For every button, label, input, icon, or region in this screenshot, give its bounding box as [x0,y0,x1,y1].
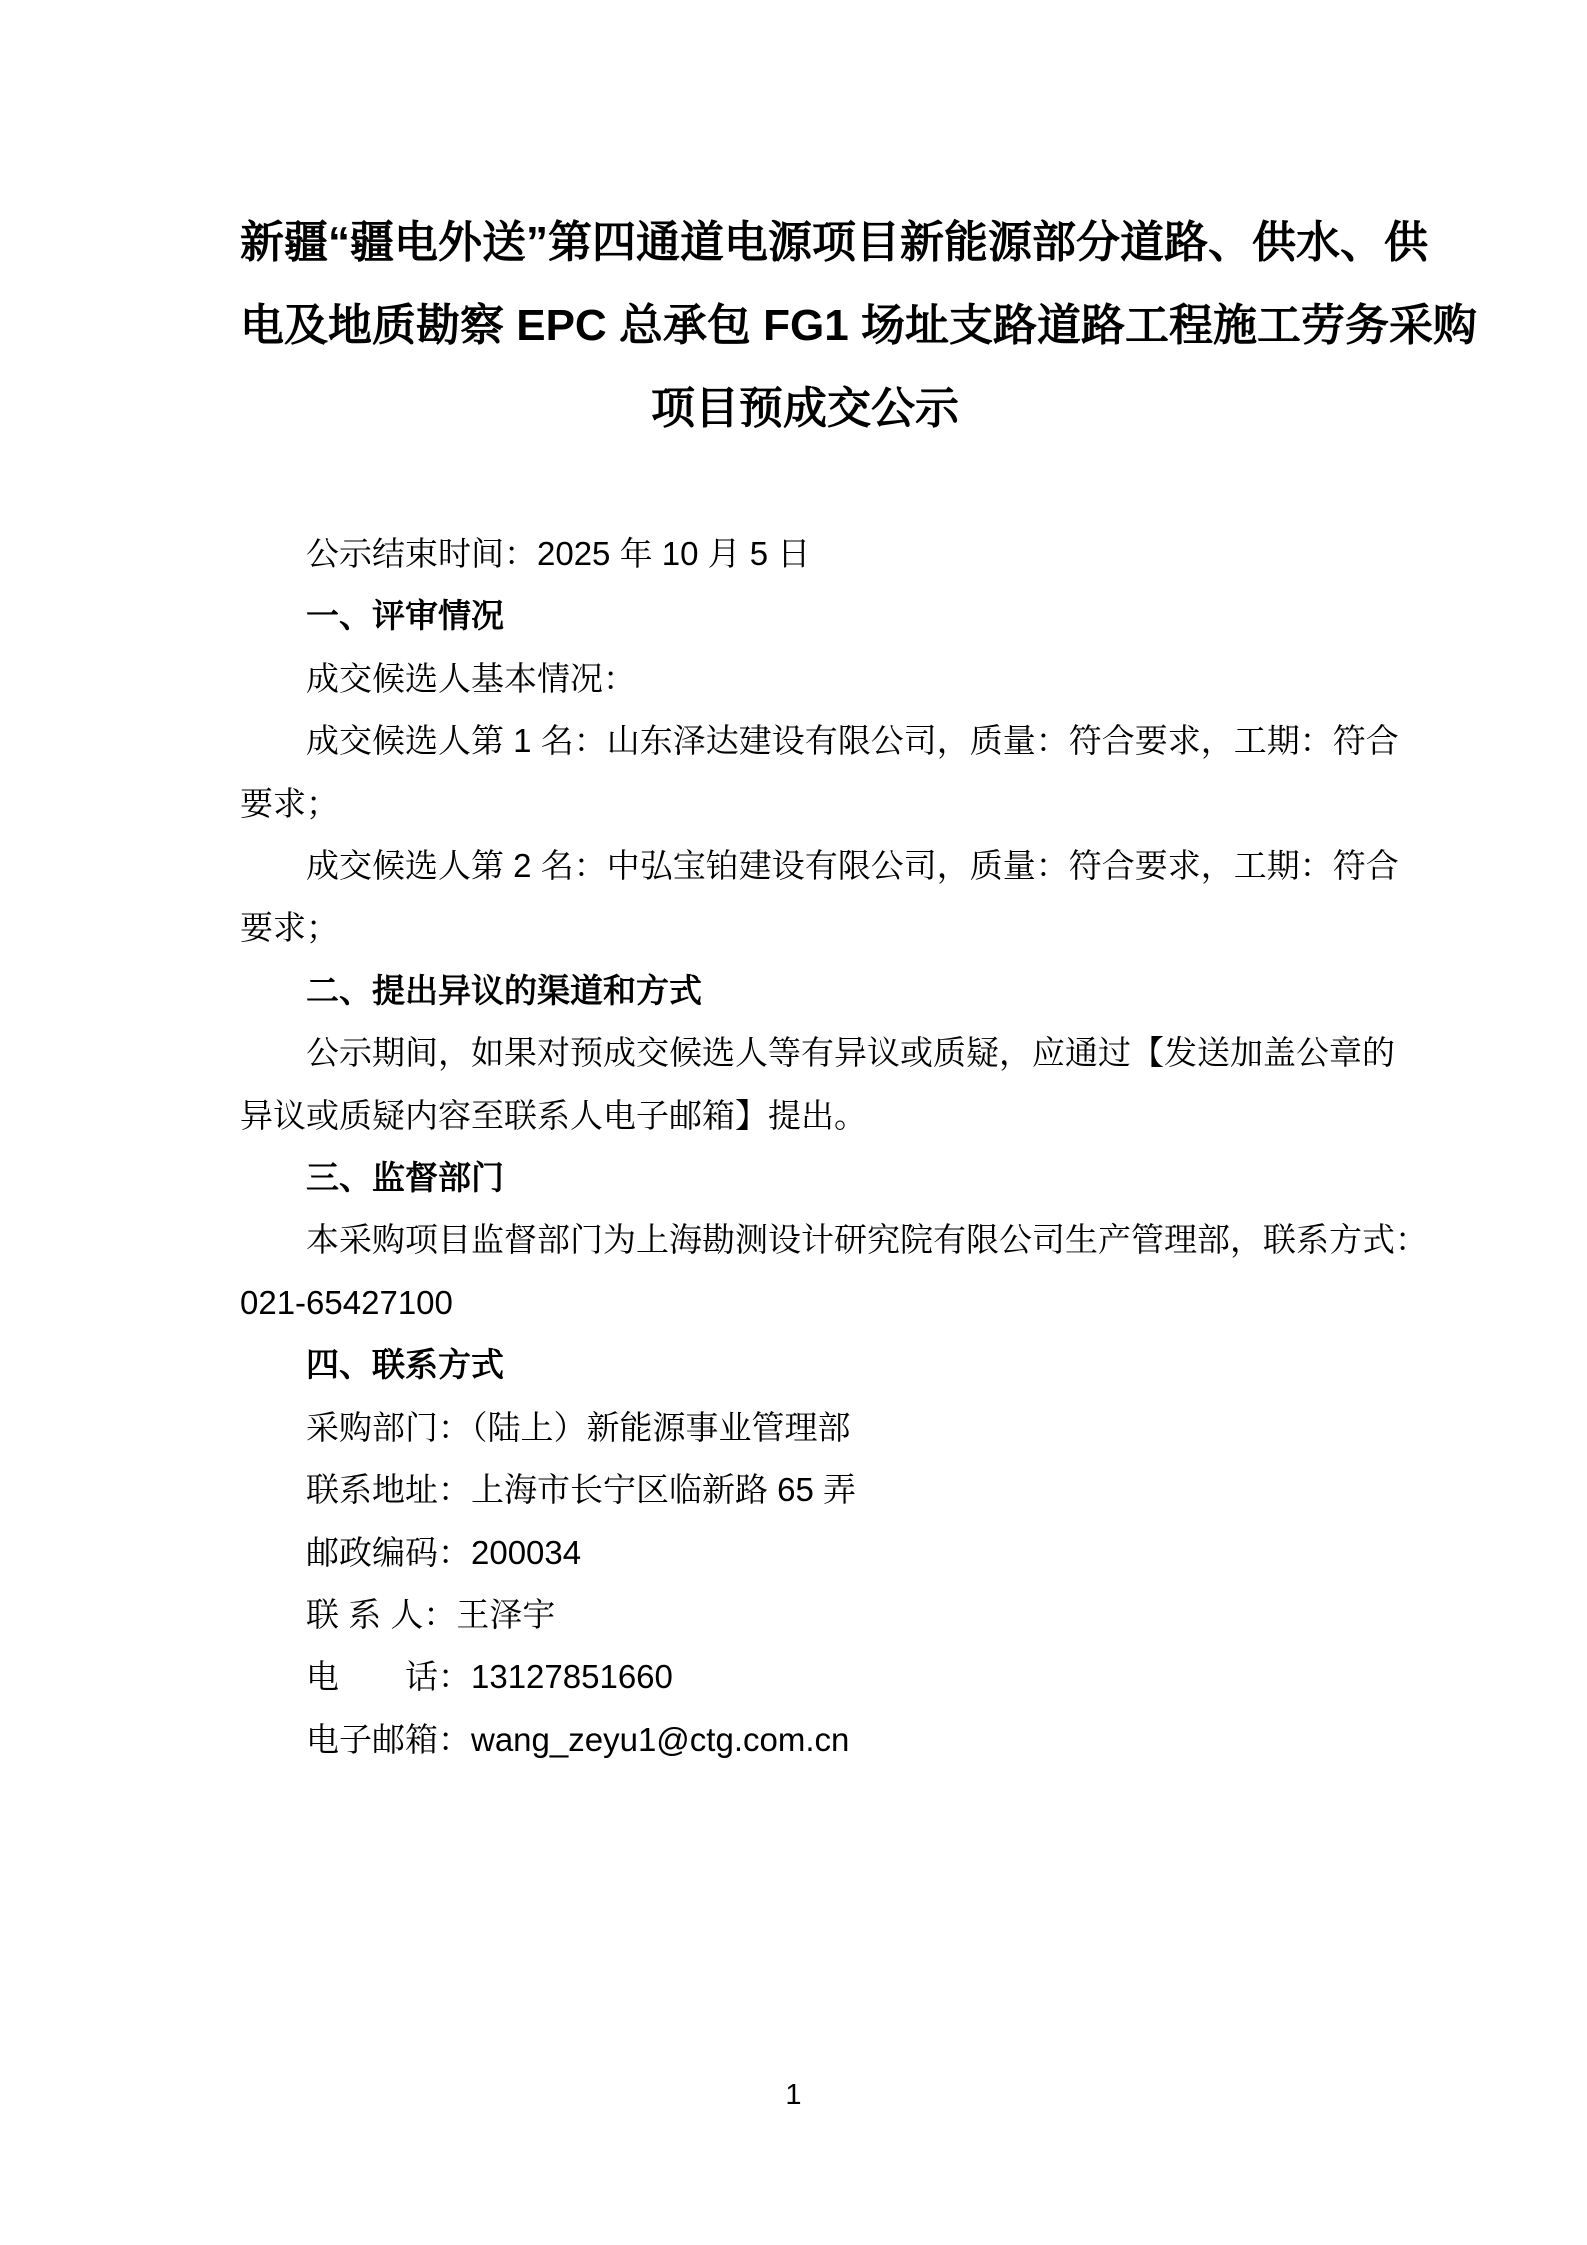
document-page: 新疆“疆电外送”第四通道电源项目新能源部分道路、供水、供 电及地质勘察 EPC … [0,0,1587,2245]
document-title: 新疆“疆电外送”第四通道电源项目新能源部分道路、供水、供 电及地质勘察 EPC … [240,201,1370,450]
body-line: 要求； [240,773,1370,835]
body-line: 联 系 人：王泽宇 [240,1584,1370,1646]
document-body: 公示结束时间：2025 年 10 月 5 日一、评审情况成交候选人基本情况：成交… [240,523,1370,1771]
body-line: 采购部门：（陆上）新能源事业管理部 [240,1397,1370,1459]
section-heading: 二、提出异议的渠道和方式 [240,960,1370,1022]
document-title-line: 新疆“疆电外送”第四通道电源项目新能源部分道路、供水、供 [240,201,1370,284]
body-line: 公示结束时间：2025 年 10 月 5 日 [240,523,1370,585]
body-line: 本采购项目监督部门为上海勘测设计研究院有限公司生产管理部，联系方式： [240,1209,1370,1271]
body-line: 电 话：13127851660 [240,1646,1370,1708]
page-number: 1 [0,2072,1587,2118]
document-title-line: 项目预成交公示 [240,367,1370,450]
document-title-line: 电及地质勘察 EPC 总承包 FG1 场址支路道路工程施工劳务采购 [240,284,1370,367]
body-line: 联系地址：上海市长宁区临新路 65 弄 [240,1459,1370,1521]
body-line: 公示期间，如果对预成交候选人等有异议或质疑，应通过【发送加盖公章的 [240,1022,1370,1084]
title-body-gap [240,450,1370,523]
body-line: 异议或质疑内容至联系人电子邮箱】提出。 [240,1085,1370,1147]
section-heading: 一、评审情况 [240,585,1370,647]
section-heading: 四、联系方式 [240,1334,1370,1396]
body-line: 021-65427100 [240,1272,1370,1334]
body-line: 电子邮箱：wang_zeyu1@ctg.com.cn [240,1709,1370,1771]
body-line: 成交候选人基本情况： [240,648,1370,710]
body-line: 要求； [240,897,1370,959]
section-heading: 三、监督部门 [240,1147,1370,1209]
body-line: 邮政编码：200034 [240,1522,1370,1584]
body-line: 成交候选人第 2 名：中弘宝铂建设有限公司，质量：符合要求，工期：符合 [240,835,1370,897]
body-line: 成交候选人第 1 名：山东泽达建设有限公司，质量：符合要求，工期：符合 [240,710,1370,772]
document-content: 新疆“疆电外送”第四通道电源项目新能源部分道路、供水、供 电及地质勘察 EPC … [240,201,1370,1771]
